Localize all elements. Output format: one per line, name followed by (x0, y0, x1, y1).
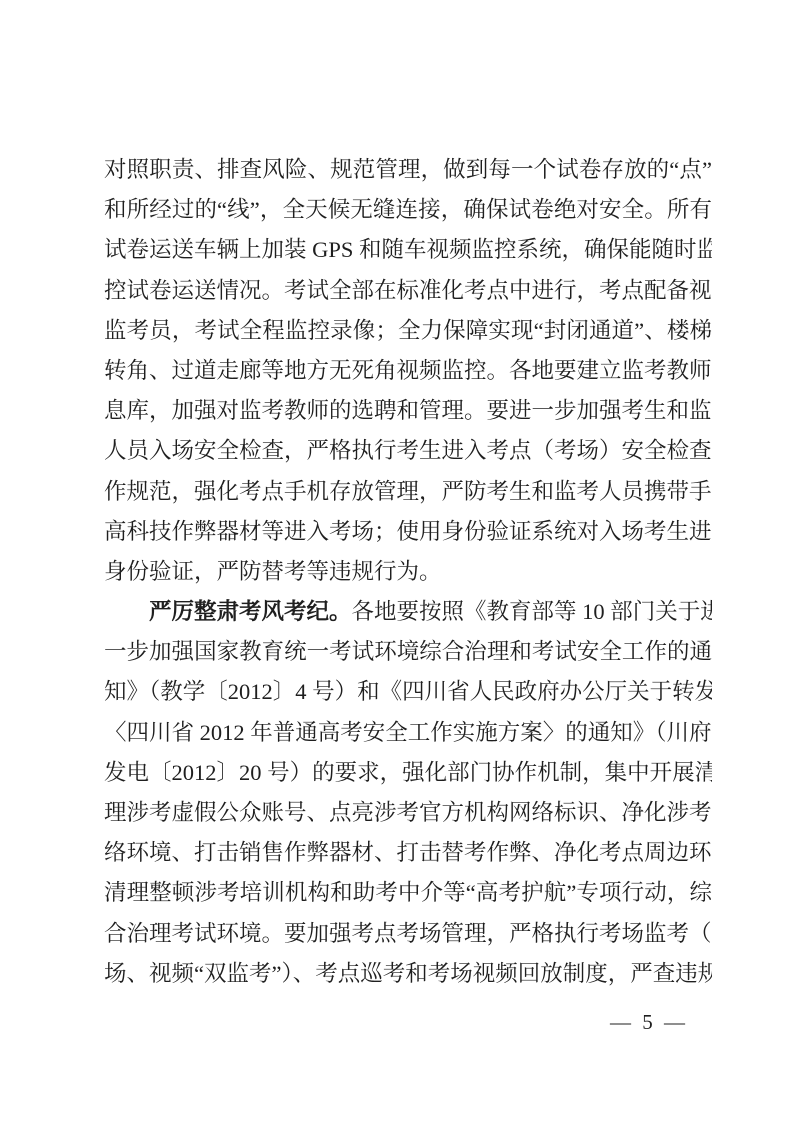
text-line: 对照职责、排查风险、规范管理，做到每一个试卷存放的“点” (104, 150, 712, 190)
text-line: 高科技作弊器材等进入考场；使用身份验证系统对入场考生进行 (104, 512, 712, 552)
text-line: 理涉考虚假公众账号、点亮涉考官方机构网络标识、净化涉考网 (104, 793, 712, 833)
text-line: 控试卷运送情况。考试全部在标准化考点中进行，考点配备视频 (104, 271, 712, 311)
bold-lead-phrase: 严厉整肃考风考纪。 (149, 599, 352, 624)
document-page: 对照职责、排查风险、规范管理，做到每一个试卷存放的“点” 和所经过的“线”，全天… (0, 0, 800, 1131)
text-line: 一步加强国家教育统一考试环境综合治理和考试安全工作的通 (104, 632, 712, 672)
text-line: 息库，加强对监考教师的选聘和管理。要进一步加强考生和监考 (104, 391, 712, 431)
text-line-paragraph-end: 身份验证，严防替考等违规行为。 (104, 552, 712, 592)
text-line: 试卷运送车辆上加装 GPS 和随车视频监控系统，确保能随时监 (104, 230, 712, 270)
text-line-rest: 各地要按照《教育部等 10 部门关于进 (352, 599, 712, 624)
text-line: 转角、过道走廊等地方无死角视频监控。各地要建立监考教师信 (104, 351, 712, 391)
text-line-paragraph-start: 严厉整肃考风考纪。各地要按照《教育部等 10 部门关于进 (104, 592, 712, 632)
document-text-block: 对照职责、排查风险、规范管理，做到每一个试卷存放的“点” 和所经过的“线”，全天… (104, 150, 712, 994)
page-number: — 5 — (610, 1010, 688, 1035)
text-line: 监考员，考试全程监控录像；全力保障实现“封闭通道”、楼梯 (104, 311, 712, 351)
text-line: 络环境、打击销售作弊器材、打击替考作弊、净化考点周边环境、 (104, 833, 712, 873)
text-line: 人员入场安全检查，严格执行考生进入考点（考场）安全检查工 (104, 431, 712, 471)
text-line: 场、视频“双监考”）、考点巡考和考场视频回放制度，严查违规 (104, 954, 712, 994)
text-line: 知》（教学〔2012〕4 号）和《四川省人民政府办公厅关于转发 (104, 672, 712, 712)
text-line: 和所经过的“线”，全天候无缝连接，确保试卷绝对安全。所有 (104, 190, 712, 230)
text-line: 发电〔2012〕20 号）的要求，强化部门协作机制，集中开展清 (104, 753, 712, 793)
text-line: 合治理考试环境。要加强考点考场管理，严格执行考场监考（考 (104, 914, 712, 954)
text-line: 作规范，强化考点手机存放管理，严防考生和监考人员携带手机、 (104, 472, 712, 512)
text-line: 清理整顿涉考培训机构和助考中介等“高考护航”专项行动，综 (104, 873, 712, 913)
text-line: 〈四川省 2012 年普通高考安全工作实施方案〉的通知》（川府办 (104, 713, 712, 753)
